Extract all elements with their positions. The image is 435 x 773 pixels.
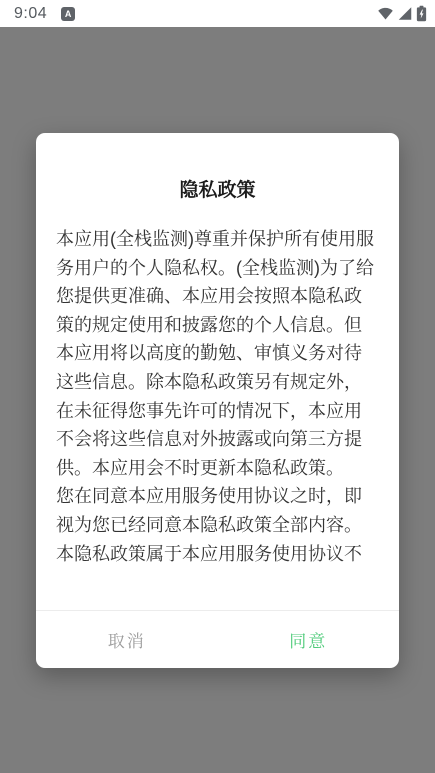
cellular-signal-icon	[397, 6, 413, 21]
dialog-title: 隐私政策	[36, 133, 399, 202]
wifi-icon	[377, 6, 394, 21]
agree-button[interactable]: 同意	[218, 611, 400, 668]
notification-app-icon: A	[61, 7, 75, 21]
privacy-policy-dialog: 隐私政策 本应用(全栈监测)尊重并保护所有使用服务用户的个人隐私权。(全栈监测)…	[36, 133, 399, 668]
privacy-policy-text-scroll[interactable]: 本应用(全栈监测)尊重并保护所有使用服务用户的个人隐私权。(全栈监测)为了给您提…	[36, 225, 399, 601]
privacy-paragraph-1: 本应用(全栈监测)尊重并保护所有使用服务用户的个人隐私权。(全栈监测)为了给您提…	[56, 225, 379, 482]
battery-charging-icon	[416, 5, 427, 22]
dialog-button-bar: 取消 同意	[36, 610, 399, 668]
status-time: 9:04	[14, 5, 47, 23]
status-bar: 9:04 A	[0, 0, 435, 27]
cancel-button[interactable]: 取消	[36, 611, 218, 668]
status-icon-group	[377, 5, 427, 22]
privacy-paragraph-2: 您在同意本应用服务使用协议之时，即视为您已经同意本隐私政策全部内容。本隐私政策属…	[56, 482, 379, 568]
